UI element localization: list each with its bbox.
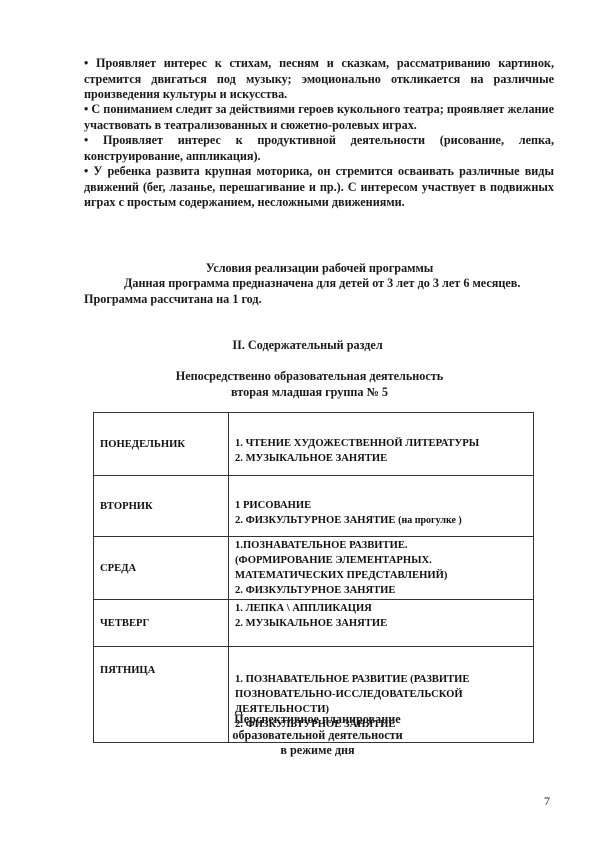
activity-text: 2. ФИЗКУЛЬТУРНОЕ ЗАНЯТИЕ bbox=[235, 515, 395, 526]
activity-line: 1.ПОЗНАВАТЕЛЬНОЕ РАЗВИТИЕ. bbox=[235, 538, 533, 553]
page-number: 7 bbox=[544, 794, 550, 809]
table-row: СРЕДА 1.ПОЗНАВАТЕЛЬНОЕ РАЗВИТИЕ. (ФОРМИР… bbox=[94, 537, 534, 600]
activity-line: 2. ФИЗКУЛЬТУРНОЕ ЗАНЯТИЕ bbox=[235, 583, 533, 598]
day-cell: СРЕДА bbox=[94, 537, 229, 600]
perspective-line: Перспективное планирование bbox=[20, 712, 595, 728]
activity-line: 2. МУЗЫКАЛЬНОЕ ЗАНЯТИЕ bbox=[235, 616, 533, 631]
activities-cell: 1. ЧТЕНИЕ ХУДОЖЕСТВЕННОЙ ЛИТЕРАТУРЫ 2. М… bbox=[229, 413, 534, 476]
day-cell: ВТОРНИК bbox=[94, 476, 229, 537]
activity-line: 1 РИСОВАНИЕ bbox=[235, 498, 533, 513]
activity-line: 1. ЛЕПКА \ АППЛИКАЦИЯ bbox=[235, 601, 533, 616]
perspective-line: образовательной деятельности bbox=[20, 728, 595, 744]
schedule-table: ПОНЕДЕЛЬНИК 1. ЧТЕНИЕ ХУДОЖЕСТВЕННОЙ ЛИТ… bbox=[93, 412, 534, 743]
activity-line: 1. ПОЗНАВАТЕЛЬНОЕ РАЗВИТИЕ (РАЗВИТИЕ bbox=[235, 672, 533, 687]
activity-note: (на прогулке ) bbox=[398, 515, 462, 526]
perspective-line: в режиме дня bbox=[20, 743, 595, 759]
day-cell: ЧЕТВЕРГ bbox=[94, 600, 229, 647]
table-row: ПОНЕДЕЛЬНИК 1. ЧТЕНИЕ ХУДОЖЕСТВЕННОЙ ЛИТ… bbox=[94, 413, 534, 476]
group-subheading: вторая младшая группа № 5 bbox=[12, 385, 595, 401]
paragraph-productive-activity: • Проявляет интерес к продуктивной деяте… bbox=[84, 133, 554, 164]
activities-cell: 1.ПОЗНАВАТЕЛЬНОЕ РАЗВИТИЕ. (ФОРМИРОВАНИЕ… bbox=[229, 537, 534, 600]
paragraph-interest-poems: • Проявляет интерес к стихам, песням и с… bbox=[84, 56, 554, 103]
activity-line: 1. ЧТЕНИЕ ХУДОЖЕСТВЕННОЙ ЛИТЕРАТУРЫ bbox=[235, 436, 533, 451]
table-row: ЧЕТВЕРГ 1. ЛЕПКА \ АППЛИКАЦИЯ 2. МУЗЫКАЛ… bbox=[94, 600, 534, 647]
section-heading: II. Содержательный раздел bbox=[10, 338, 595, 354]
activities-cell: 1 РИСОВАНИЕ 2. ФИЗКУЛЬТУРНОЕ ЗАНЯТИЕ (на… bbox=[229, 476, 534, 537]
activity-line: 2. ФИЗКУЛЬТУРНОЕ ЗАНЯТИЕ (на прогулке ) bbox=[235, 513, 533, 528]
conditions-text: Данная программа предназначена для детей… bbox=[84, 276, 554, 307]
activity-line: ПОЗНОВАТЕЛЬНО-ИССЛЕДОВАТЕЛЬСКОЙ bbox=[235, 687, 533, 702]
activity-line: (ФОРМИРОВАНИЕ ЭЛЕМЕНТАРНЫХ. bbox=[235, 553, 533, 568]
conditions-heading: Условия реализации рабочей программы bbox=[22, 261, 595, 277]
table-row: ВТОРНИК 1 РИСОВАНИЕ 2. ФИЗКУЛЬТУРНОЕ ЗАН… bbox=[94, 476, 534, 537]
paragraph-motor-skills: • У ребенка развита крупная моторика, он… bbox=[84, 164, 554, 211]
day-cell: ПОНЕДЕЛЬНИК bbox=[94, 413, 229, 476]
activity-line: МАТЕМАТИЧЕСКИХ ПРЕДСТАВЛЕНИЙ) bbox=[235, 568, 533, 583]
perspective-heading: Перспективное планирование образовательн… bbox=[20, 712, 595, 759]
paragraph-puppet-theatre: • С пониманием следит за действиями геро… bbox=[84, 102, 554, 133]
section-subheading: Непосредственно образовательная деятельн… bbox=[12, 369, 595, 385]
activity-line: 2. МУЗЫКАЛЬНОЕ ЗАНЯТИЕ bbox=[235, 451, 533, 466]
activities-cell: 1. ЛЕПКА \ АППЛИКАЦИЯ 2. МУЗЫКАЛЬНОЕ ЗАН… bbox=[229, 600, 534, 647]
